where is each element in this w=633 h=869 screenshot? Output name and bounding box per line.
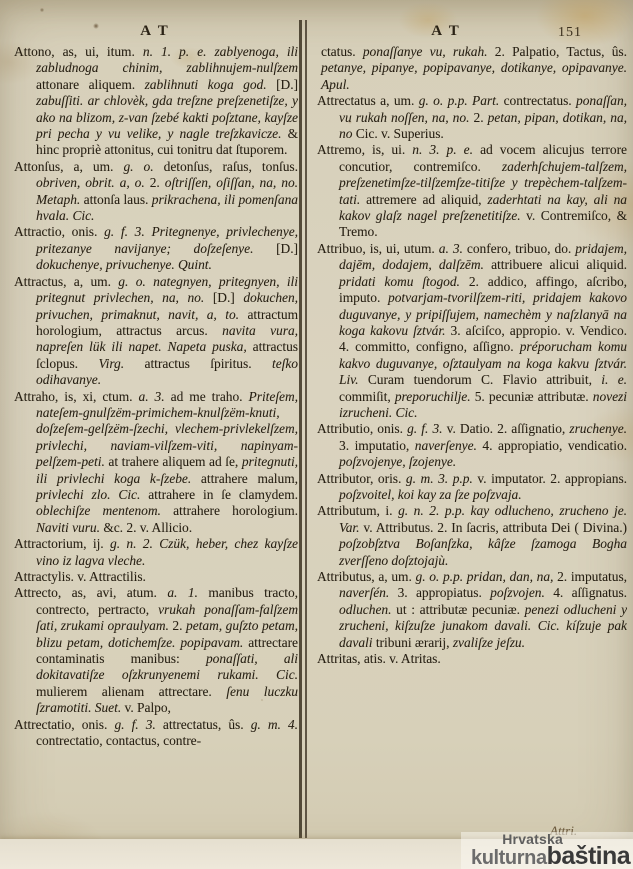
dictionary-entry: Attractorium, ij. g. n. 2. Czük, heber, … <box>14 536 298 569</box>
dictionary-entry: Attraho, is, xi, ctum. a. 3. ad me traho… <box>14 389 298 537</box>
dictionary-entry: Attractio, onis. g. f. 3. Pritegnenye, p… <box>14 224 298 273</box>
watermark-line2: kulturnabaština <box>471 851 630 868</box>
left-column: Attono, as, ui, itum. n. 1. p. e. zablye… <box>14 44 298 838</box>
right-column: ctatus. ponaſſanye vu, rukah. 2. Palpati… <box>317 44 627 838</box>
watermark-bastina: baština <box>547 842 630 869</box>
watermark: Hrvatska kulturnabaština <box>471 833 630 868</box>
dictionary-entry: ctatus. ponaſſanye vu, rukah. 2. Palpati… <box>317 44 627 93</box>
dictionary-entry: Attractylis. v. Attractilis. <box>14 569 298 585</box>
dictionary-entry: Attributum, i. g. n. 2. p.p. kay odluche… <box>317 503 627 569</box>
page-number: 151 <box>558 25 603 41</box>
dictionary-entry: Attrecto, as, avi, atum. a. 1. manibus t… <box>14 585 298 716</box>
dictionary-entry: Attono, as, ui, itum. n. 1. p. e. zablye… <box>14 44 298 159</box>
scanned-page: A T A T 151 Attono, as, ui, itum. n. 1. … <box>0 0 633 869</box>
dictionary-entry: Attributus, a, um. g. o. p.p. pridan, da… <box>317 569 627 651</box>
dictionary-entry: Attributio, onis. g. f. 3. v. Datio. 2. … <box>317 421 627 470</box>
dictionary-entry: Attremo, is, ui. n. 3. p. e. ad vocem al… <box>317 142 627 240</box>
dictionary-entry: Attonſus, a, um. g. o. detonſus, raſus, … <box>14 159 298 225</box>
dictionary-entry: Attractus, a, um. g. o. nategnyen, prite… <box>14 274 298 389</box>
dictionary-entry: Attribuo, is, ui, utum. a. 3. confero, t… <box>317 241 627 421</box>
dictionary-entry: Attrectatio, onis. g. f. 3. attrectatus,… <box>14 717 298 750</box>
dictionary-entry: Attritas, atis. v. Atritas. <box>317 651 627 667</box>
dictionary-entry: Attrectatus a, um. g. o. p.p. Part. cont… <box>317 93 627 142</box>
running-head-right: A T <box>317 23 575 40</box>
running-head-left: A T <box>14 23 296 40</box>
dictionary-entry: Attributor, oris. g. m. 3. p.p. v. imput… <box>317 471 627 504</box>
column-divider-rule <box>299 20 307 838</box>
watermark-kulturna: kulturna <box>471 847 547 869</box>
